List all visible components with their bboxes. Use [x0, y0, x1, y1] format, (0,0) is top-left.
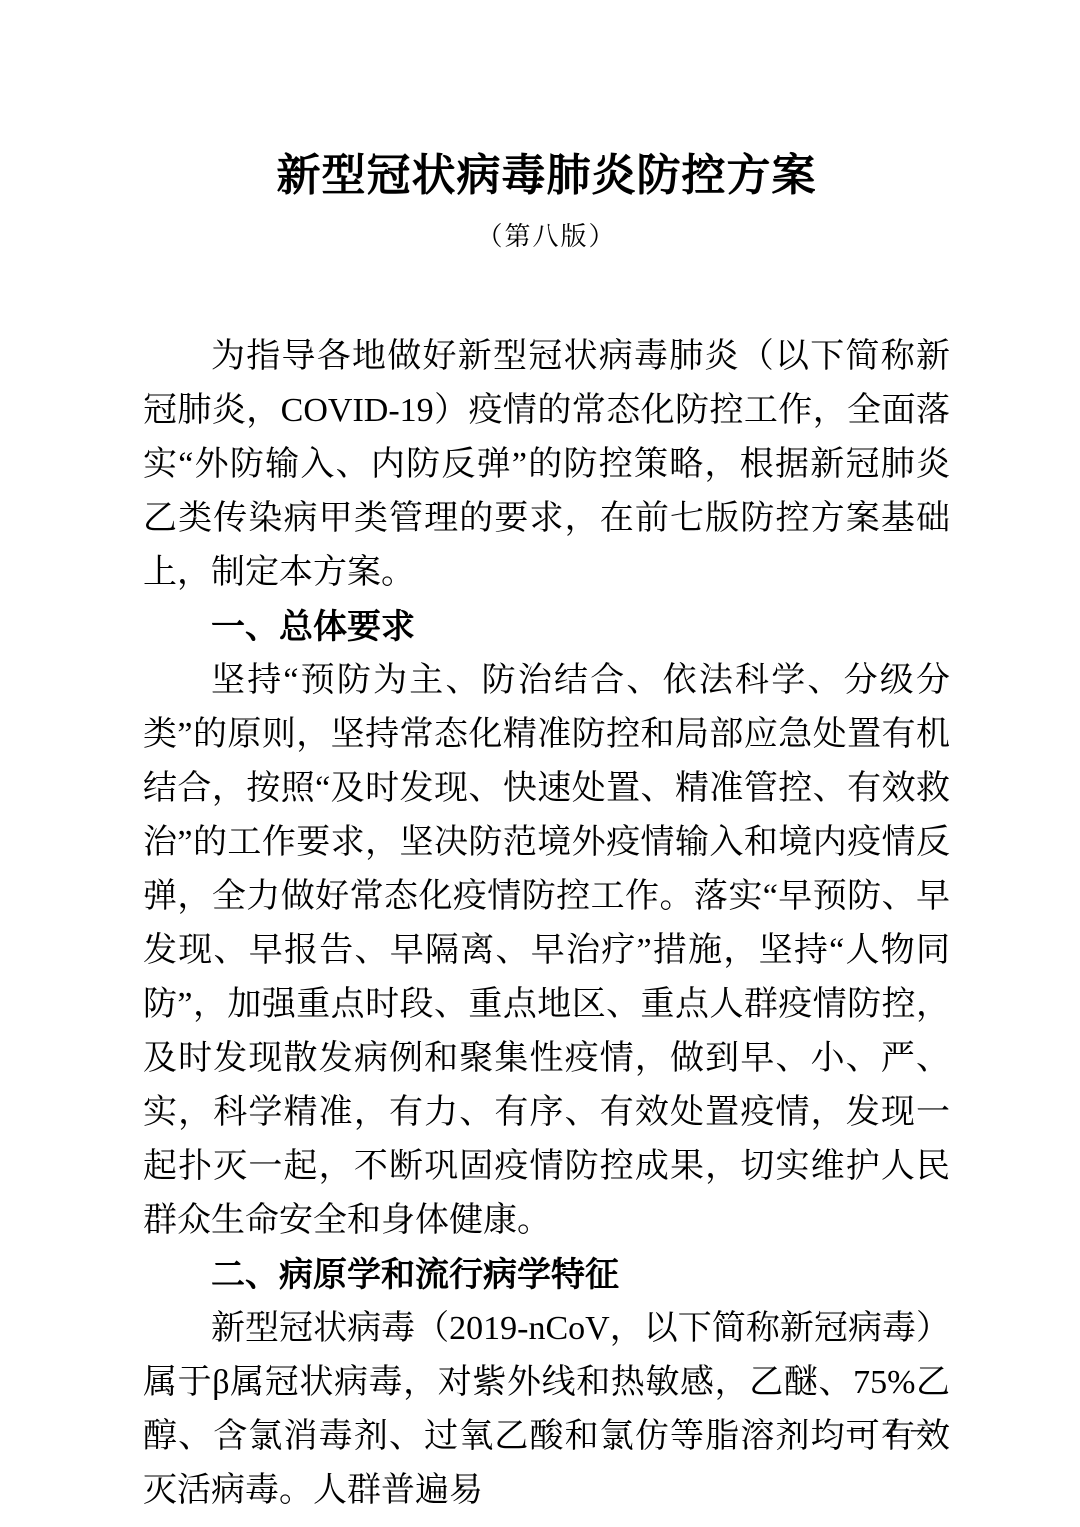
intro-paragraph: 为指导各地做好新型冠状病毒肺炎（以下简称新冠肺炎，COVID-19）疫情的常态化… [143, 330, 950, 600]
page-number: — 2 — [847, 1414, 940, 1444]
section-2-heading: 二、病原学和流行病学特征 [143, 1248, 950, 1302]
document-body: 为指导各地做好新型冠状病毒肺炎（以下简称新冠肺炎，COVID-19）疫情的常态化… [143, 330, 950, 1518]
section-1-paragraph: 坚持“预防为主、防治结合、依法科学、分级分类”的原则，坚持常态化精准防控和局部应… [143, 654, 950, 1248]
document-title: 新型冠状病毒肺炎防控方案 [143, 148, 950, 204]
section-1-heading: 一、总体要求 [143, 600, 950, 654]
document-edition-subtitle: （第八版） [143, 220, 950, 254]
document-page: 新型冠状病毒肺炎防控方案 （第八版） 为指导各地做好新型冠状病毒肺炎（以下简称新… [0, 0, 1080, 1527]
section-2-paragraph: 新型冠状病毒（2019-nCoV，以下简称新冠病毒）属于β属冠状病毒，对紫外线和… [143, 1302, 950, 1518]
